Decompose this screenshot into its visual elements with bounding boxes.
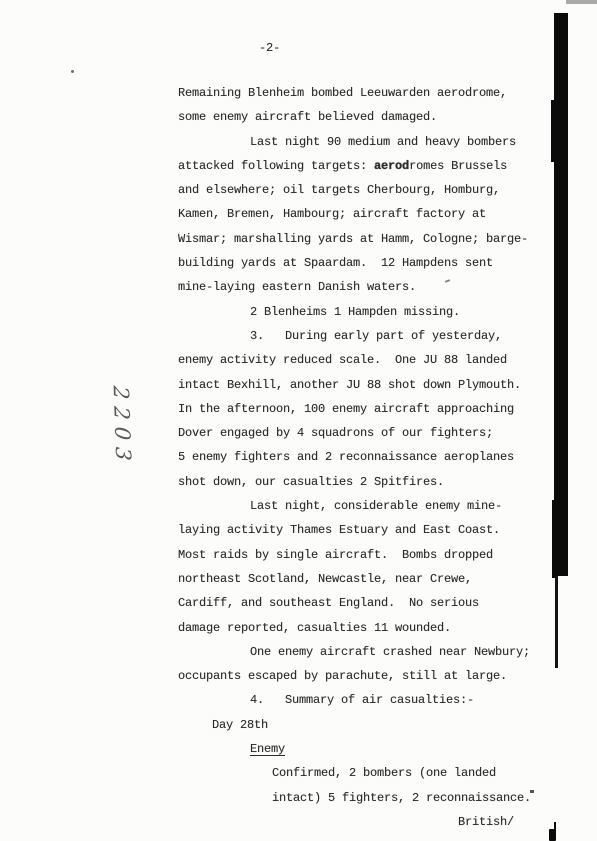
text-line: mine-laying eastern Danish waters. [178, 280, 568, 304]
underlined-heading: Enemy [250, 742, 285, 756]
text-line-content: damage reported, casualties 11 wounded. [178, 621, 451, 635]
scanned-document-page: -2- 2203 Remaining Blenheim bombed Leeuw… [0, 0, 597, 841]
text-line: 5 enemy fighters and 2 reconnaissance ae… [178, 450, 568, 474]
text-line-content: Dover engaged by 4 squadrons of our figh… [178, 426, 493, 440]
text-line: enemy activity reduced scale. One JU 88 … [178, 353, 568, 377]
text-line-content: intact Bexhill, another JU 88 shot down … [178, 378, 521, 392]
text-line-content: Remaining Blenheim bombed Leeuwarden aer… [178, 86, 507, 100]
text-line-content: 4. Summary of air casualties:- [250, 693, 474, 707]
text-line-content: Day 28th [212, 718, 268, 732]
text-line: Cardiff, and southeast England. No serio… [178, 596, 568, 620]
document-body: Remaining Blenheim bombed Leeuwarden aer… [178, 86, 568, 839]
text-line-content: In the afternoon, 100 enemy aircraft app… [178, 402, 514, 416]
text-line-content: and elsewhere; oil targets Cherbourg, Ho… [178, 183, 500, 197]
text-line: Day 28th [212, 718, 568, 742]
text-line: Dover engaged by 4 squadrons of our figh… [178, 426, 568, 450]
text-line-content: northeast Scotland, Newcastle, near Crew… [178, 572, 472, 586]
text-line-content: 3. During early part of yesterday, [250, 329, 502, 343]
text-line: intact) 5 fighters, 2 reconnaissance. [272, 791, 568, 815]
overstruck-text: aerod [374, 159, 409, 173]
text-line-content: 5 enemy fighters and 2 reconnaissance ae… [178, 450, 514, 464]
text-line: building yards at Spaardam. 12 Hampdens … [178, 256, 568, 280]
text-line: Confirmed, 2 bombers (one landed [272, 766, 568, 790]
text-line: some enemy aircraft believed damaged. [178, 110, 568, 134]
text-line-content: attacked following targets: aerodromes B… [178, 159, 507, 173]
page-number: -2- [259, 41, 280, 55]
text-line-content: Last night, considerable enemy mine- [250, 499, 502, 513]
text-line: occupants escaped by parachute, still at… [178, 669, 568, 693]
text-line: Enemy [250, 742, 568, 766]
text-line-content: Cardiff, and southeast England. No serio… [178, 596, 479, 610]
text-line-content: 2 Blenheims 1 Hampden missing. [250, 305, 460, 319]
text-line-content: shot down, our casualties 2 Spitfires. [178, 475, 444, 489]
text-line-content: building yards at Spaardam. 12 Hampdens … [178, 256, 493, 270]
text-line-content: occupants escaped by parachute, still at… [178, 669, 507, 683]
text-line: Wismar; marshalling yards at Hamm, Colog… [178, 232, 568, 256]
text-line-content: One enemy aircraft crashed near Newbury; [250, 645, 530, 659]
text-line: One enemy aircraft crashed near Newbury; [250, 645, 568, 669]
text-line-content: British/ [458, 815, 514, 829]
text-line: damage reported, casualties 11 wounded. [178, 621, 568, 645]
text-line-content: mine-laying eastern Danish waters. [178, 280, 416, 294]
text-line-content: Confirmed, 2 bombers (one landed [272, 766, 496, 780]
text-line: 4. Summary of air casualties:- [250, 693, 568, 717]
text-line: Kamen, Bremen, Hambourg; aircraft factor… [178, 207, 568, 231]
text-line-content: some enemy aircraft believed damaged. [178, 110, 437, 124]
scan-speck [71, 70, 74, 73]
text-line-content: Wismar; marshalling yards at Hamm, Colog… [178, 232, 528, 246]
text-line: In the afternoon, 100 enemy aircraft app… [178, 402, 568, 426]
text-line-content: Kamen, Bremen, Hambourg; aircraft factor… [178, 207, 486, 221]
text-line: Last night, considerable enemy mine- [250, 499, 568, 523]
text-line-content: Most raids by single aircraft. Bombs dro… [178, 548, 493, 562]
text-line-content: enemy activity reduced scale. One JU 88 … [178, 353, 507, 367]
text-line: laying activity Thames Estuary and East … [178, 523, 568, 547]
text-line-content: intact) 5 fighters, 2 reconnaissance. [272, 791, 531, 805]
text-line: British/ [458, 815, 568, 839]
text-line: Last night 90 medium and heavy bombers [250, 135, 568, 159]
text-line: 3. During early part of yesterday, [250, 329, 568, 353]
text-line-content: Last night 90 medium and heavy bombers [250, 135, 516, 149]
scan-edge-strip [566, 0, 597, 4]
text-line: and elsewhere; oil targets Cherbourg, Ho… [178, 183, 568, 207]
text-line-content: laying activity Thames Estuary and East … [178, 523, 500, 537]
text-line: Most raids by single aircraft. Bombs dro… [178, 548, 568, 572]
text-line: shot down, our casualties 2 Spitfires. [178, 475, 568, 499]
text-line: 2 Blenheims 1 Hampden missing. [250, 305, 568, 329]
handwritten-annotation: 2203 [109, 385, 136, 467]
text-line: intact Bexhill, another JU 88 shot down … [178, 378, 568, 402]
text-line: Remaining Blenheim bombed Leeuwarden aer… [178, 86, 568, 110]
text-line: attacked following targets: aerodromes B… [178, 159, 568, 183]
text-line: northeast Scotland, Newcastle, near Crew… [178, 572, 568, 596]
